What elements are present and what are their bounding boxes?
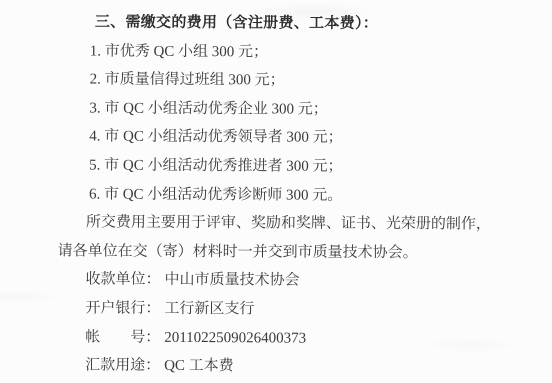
payment-row-payee: 收款单位：中山市质量技术协会: [85, 266, 550, 297]
document-page: 三、需缴交的费用（含注册费、工本费）： 1. 市优秀 QC 小组 300 元； …: [0, 0, 552, 383]
fee-item-5: 5. 市 QC 小组活动优秀推进者 300 元；: [89, 151, 551, 182]
fee-item-1: 1. 市优秀 QC 小组 300 元；: [90, 37, 552, 68]
fee-item-4: 4. 市 QC 小组活动优秀领导者 300 元；: [89, 123, 551, 154]
note-paragraph: 所交费用主要用于评审、奖励和奖牌、证书、光荣册的制作， 请各单位在交（寄）材料时…: [58, 208, 551, 268]
payment-row-account: 帐 号：2011022509026400373: [85, 323, 550, 354]
payment-value: QC 工本费: [164, 358, 234, 374]
payment-row-purpose: 汇款用途：QC 工本费: [85, 352, 550, 383]
fee-item-6: 6. 市 QC 小组活动优秀诊断师 300 元。: [89, 180, 551, 211]
payment-label: 收款单位：: [85, 272, 160, 288]
payment-label: 开户银行：: [85, 300, 160, 316]
payment-label: 汇款用途：: [85, 358, 160, 374]
payment-info: 收款单位：中山市质量技术协会 开户银行：工行新区支行 帐 号：201102250…: [57, 266, 551, 383]
payment-label: 帐 号：: [85, 329, 160, 345]
document-content: 三、需缴交的费用（含注册费、工本费）： 1. 市优秀 QC 小组 300 元； …: [0, 0, 552, 383]
note-line-2: 请各单位在交（寄）材料时一并交到市质量技术协会。: [58, 237, 551, 268]
payment-value: 2011022509026400373: [164, 329, 306, 346]
note-line-1: 所交费用主要用于评审、奖励和奖牌、证书、光荣册的制作，: [58, 208, 551, 239]
payment-row-bank: 开户银行：工行新区支行: [85, 294, 550, 325]
section-heading: 三、需缴交的费用（含注册费、工本费）：: [95, 8, 552, 39]
fee-item-2: 2. 市质量信得过班组 300 元；: [90, 66, 552, 97]
payment-value: 工行新区支行: [164, 301, 254, 317]
fee-item-3: 3. 市 QC 小组活动优秀企业 300 元；: [89, 94, 551, 125]
payment-value: 中山市质量技术协会: [165, 272, 300, 289]
fee-list: 1. 市优秀 QC 小组 300 元； 2. 市质量信得过班组 300 元； 3…: [58, 37, 552, 211]
